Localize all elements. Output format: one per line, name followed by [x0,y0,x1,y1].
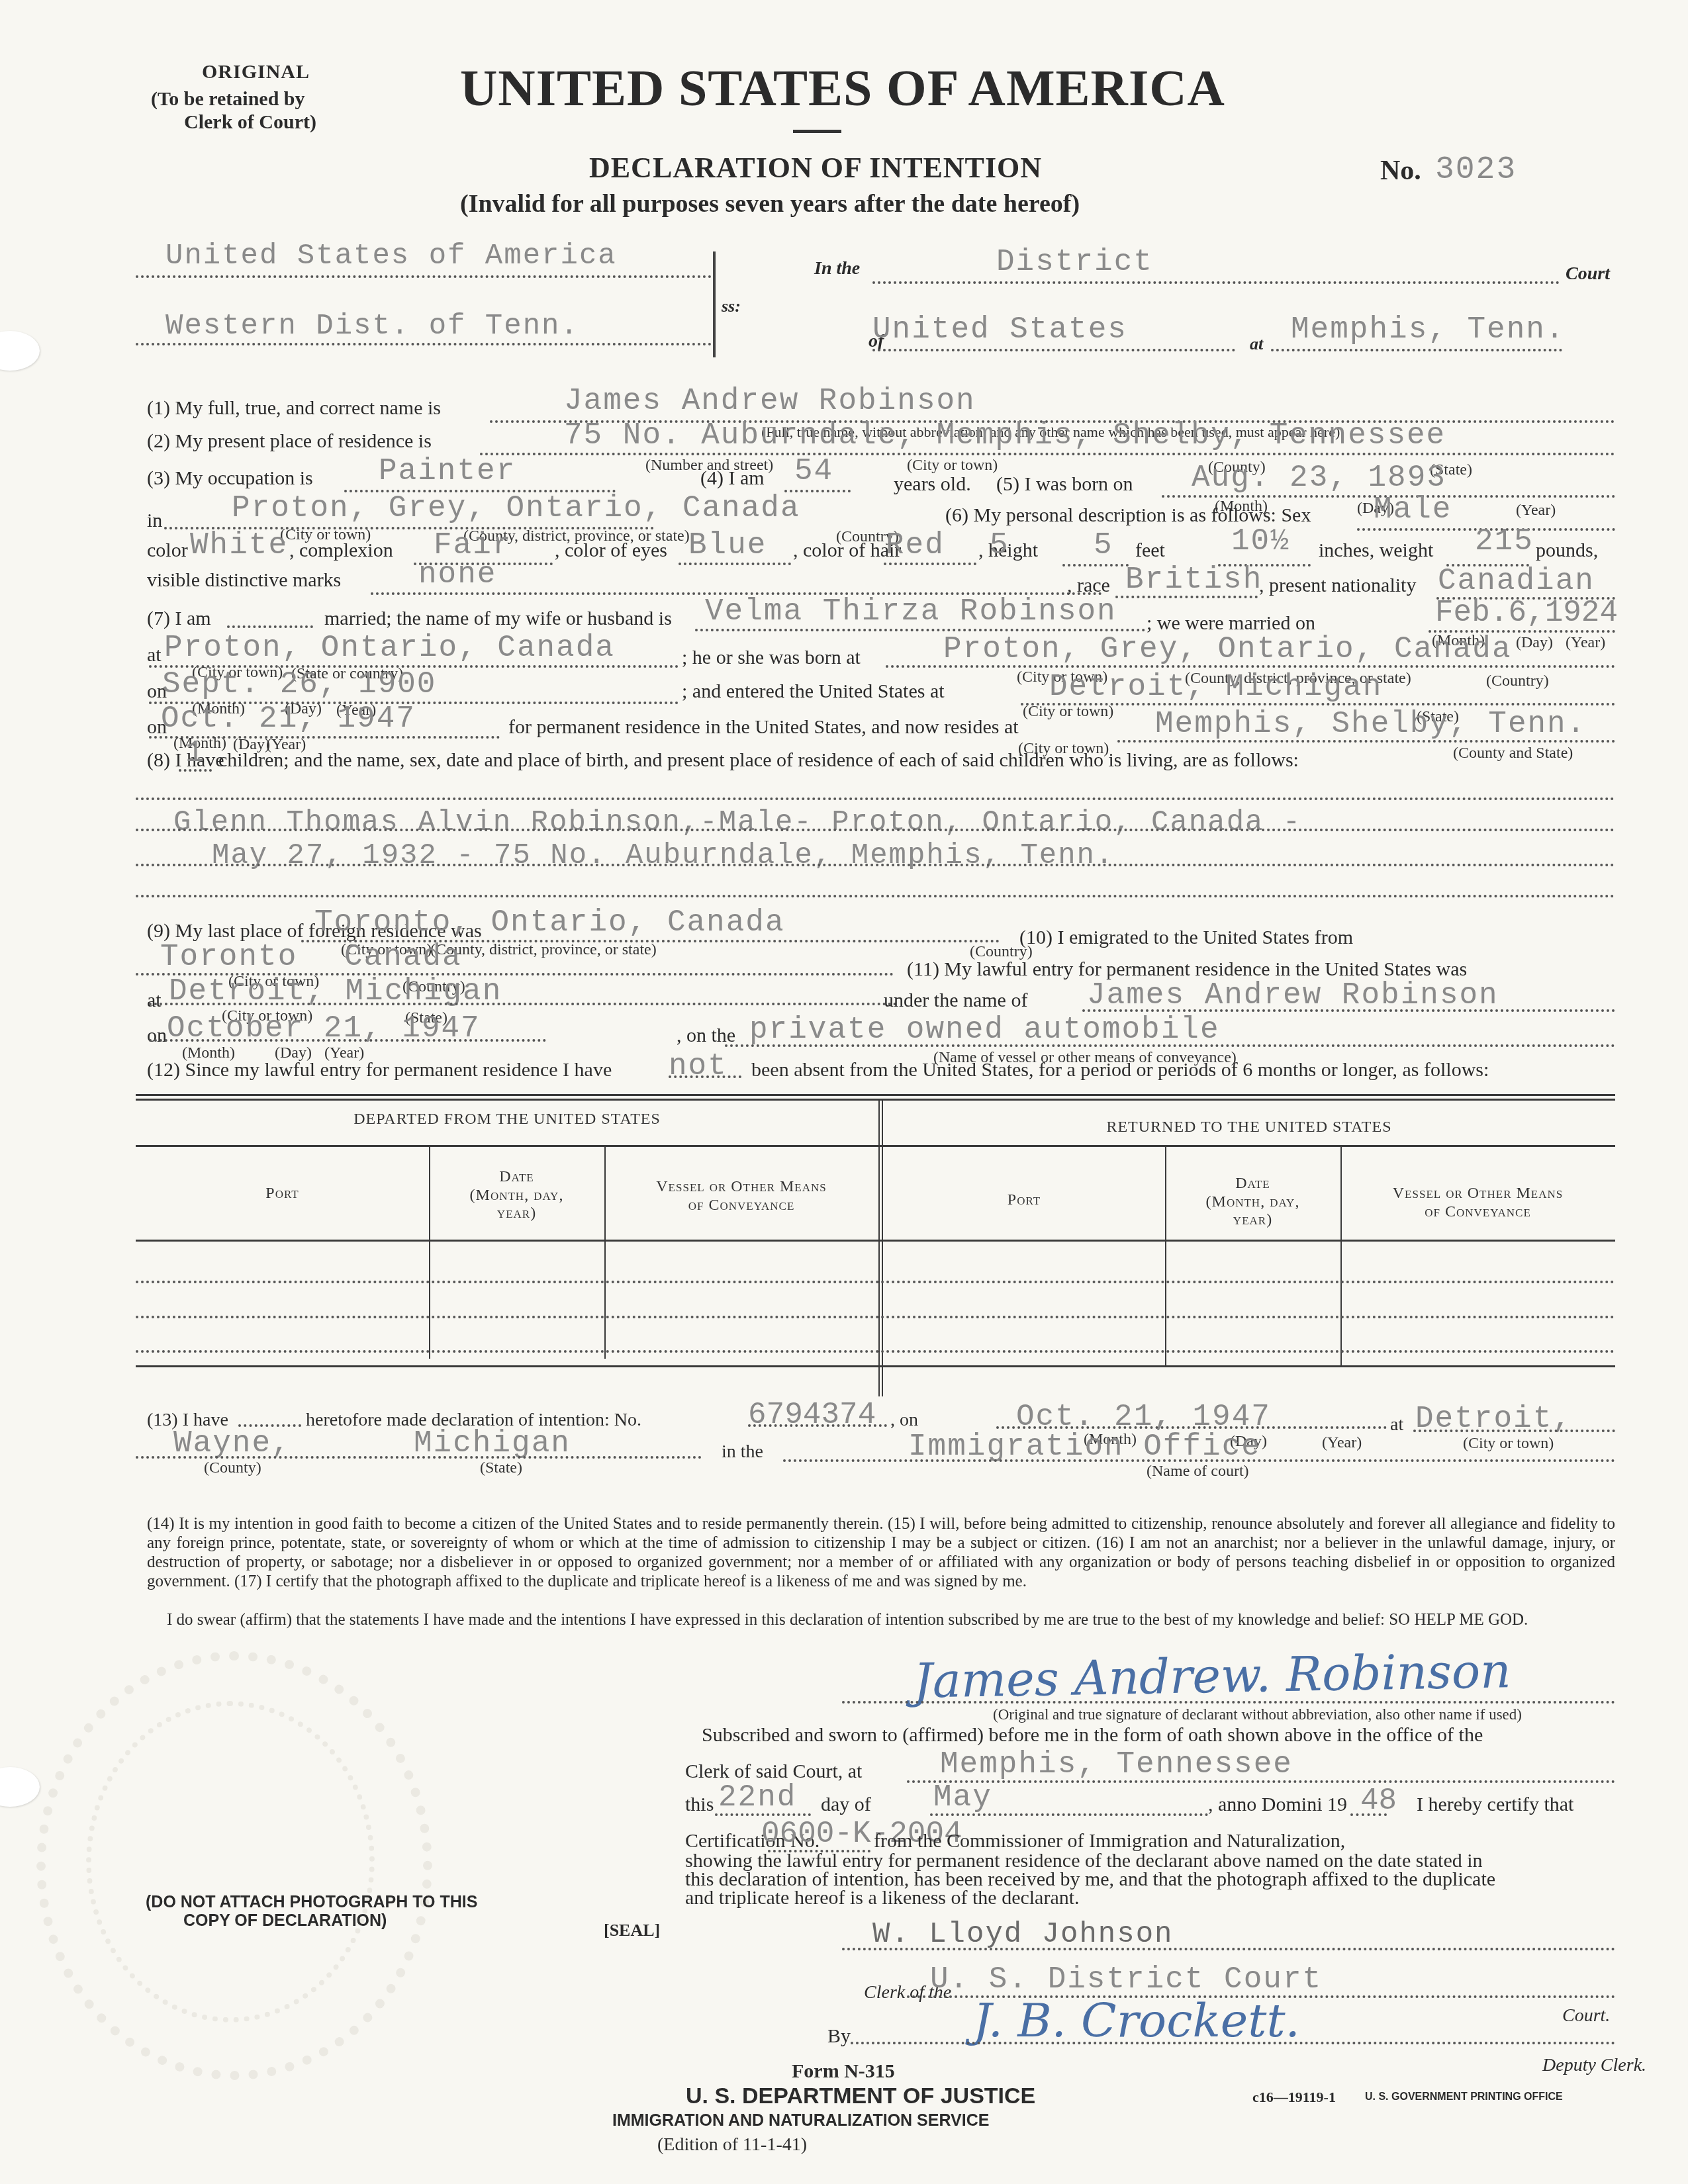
prior-caption-court: (Name of court) [1147,1463,1249,1480]
clerk-name: W. Lloyd Johnson [872,1918,1173,1951]
nationality-label: , present nationality [1259,574,1416,597]
q7-label-a: (7) I am [147,608,211,630]
q9-foreign-residence: Toronto, Ontario, Canada [314,905,785,940]
married-on-label: ; we were married on [1147,612,1315,635]
court-of: United States [872,312,1127,347]
color-label: color [147,539,188,562]
prior-number: 6794374 [748,1398,876,1432]
returned-col-port: Port [883,1191,1165,1210]
oath-swear: I do swear (affirm) that the statements … [147,1610,1615,1629]
jurat-day: 22nd [718,1780,796,1815]
spouse-entry-date: Oct. 21, 1947 [161,702,416,736]
race-label: , race [1067,574,1110,597]
seal-label: [SEAL] [604,1921,660,1940]
court-location: Memphis, Tenn. [1291,312,1565,347]
venue-district: Western Dist. of Tenn. [165,310,579,343]
returned-header: RETURNED TO THE UNITED STATES [883,1118,1615,1137]
validity-note: (Invalid for all purposes seven years af… [460,189,1080,218]
marks: none [418,557,496,592]
deputy-label: Deputy Clerk. [1542,2055,1646,2076]
spouse-resides: Memphis, Shelby, Tenn. [1155,707,1586,741]
married-caption-day: (Day) [1516,634,1553,652]
q5-birth-date: Aug. 23, 1893 [1192,461,1446,495]
departed-col-port: Port [136,1185,429,1203]
photo-note-line2: COPY OF DECLARATION) [183,1911,387,1931]
entry-vessel-label: , on the [677,1024,735,1047]
punch-hole-top [0,331,40,371]
clerk-at: Memphis, Tennessee [940,1747,1293,1782]
q1-full-name: James Andrew Robinson [564,384,976,418]
declarant-signature: James Andrew. Robinson [913,1643,1511,1709]
edition-note: (Edition of 11-1-41) [657,2134,807,2156]
venue-state: United States of America [165,240,617,273]
q2-caption-city: (City or town) [907,457,998,475]
photo-note-line1: (DO NOT ATTACH PHOTOGRAPH TO THIS [146,1893,477,1912]
clerk-court-label: Court. [1562,2005,1610,2026]
q10-country: Canada [344,940,462,974]
q11-label: (11) My lawful entry for permanent resid… [907,958,1467,981]
ss-label: ss: [722,296,741,316]
nationality: Canadian [1438,564,1595,598]
entry-at-label: at [147,989,162,1012]
punch-hole-bottom [0,1767,40,1807]
prior-caption-county: (County) [204,1459,261,1477]
service-name: IMMIGRATION AND NATURALIZATION SERVICE [612,2111,989,2130]
prior-caption-year: (Year) [1322,1434,1362,1452]
declaration-number: 3023 [1435,152,1517,188]
form-title: DECLARATION OF INTENTION [589,151,1042,185]
clerk-at-label: Clerk of said Court, at [685,1760,862,1783]
feet-label: feet [1135,539,1165,562]
q2-label: (2) My present place of residence is [147,430,432,453]
children-count: 1 [185,736,205,770]
departed-col-vessel: Vessel or Other Means of Conveyance [604,1178,878,1214]
venue-bracket [713,251,716,357]
q12-label-b: been absent from the United States, for … [751,1059,1489,1081]
oath-paragraph: (14) It is my intention in good faith to… [147,1514,1615,1591]
declarant-signature-caption: (Original and true signature of declaran… [993,1706,1522,1723]
prior-caption-state: (State) [480,1459,522,1477]
race: British [1125,563,1262,597]
children-line2: May 27, 1932 - 75 No. Auburndale, Memphi… [212,839,1114,872]
q4-label: (4) I am [700,467,765,490]
court-label: Court [1566,263,1610,285]
entry-vessel: private owned automobile [749,1013,1220,1047]
retained-note-line1: (To be retained by [151,88,305,111]
spouse-resides-caption-county: (County and State) [1453,745,1573,762]
clerk-court: U. S. District Court [930,1962,1322,1997]
q2-residence: 75 No. Auburndale, Memphis, Shelby, Tenn… [564,418,1446,453]
q7-label-b: married; the name of my wife or husband … [324,608,672,630]
print-code: c16—19119-1 [1252,2089,1336,2106]
returned-col-date: Date (Month, day, year) [1165,1175,1340,1230]
printer-name: U. S. GOVERNMENT PRINTING OFFICE [1365,2091,1563,2103]
returned-col-vessel: Vessel or Other Means of Conveyance [1340,1185,1615,1221]
spouse-born-caption-country: (Country) [1486,672,1549,690]
married-at: Proton, Ontario, Canada [164,631,615,665]
married-at-label: at [147,644,162,666]
q10-label: (10) I emigrated to the United States fr… [1019,927,1353,949]
complexion-label: , complexion [289,539,393,562]
eyes-label: , color of eyes [555,539,667,562]
spouse-entered-at: Detroit, Michigan [1049,670,1382,704]
court-type: District [996,245,1153,279]
eyes: Blue [688,528,767,563]
q12-absence: not [669,1049,727,1083]
department-name: U. S. DEPARTMENT OF JUSTICE [686,2083,1035,2109]
prior-caption-city: (City or town) [1463,1435,1554,1453]
married-caption-year: (Year) [1566,634,1605,652]
anno-label: , anno Domini 19 [1208,1794,1347,1816]
cert-text-a: from the Commissioner of Immigration and… [874,1830,1345,1852]
spouse-dob: Sept. 26, 1900 [162,667,436,702]
original-label: ORIGINAL [202,61,310,83]
this-label: this [685,1794,714,1816]
marks-label: visible distinctive marks [147,569,341,592]
prior-in-the-label: in the [722,1441,763,1463]
q4-suffix: years old. [894,473,971,496]
entry-on-label: on [147,1024,167,1047]
prior-at-label: at [1390,1414,1403,1435]
q10-city: Toronto [160,940,297,974]
by-label: By [827,2025,851,2048]
height-feet: 5 [990,528,1009,563]
children-line1: Glenn Thomas Alvin Robinson,-Male- Proto… [173,806,1301,839]
height-feet-value: 5 [1094,528,1113,563]
q8-label-b: children; and the name, sex, date and pl… [218,749,1299,772]
day-of-label: day of [821,1794,871,1816]
deputy-signature: J. B. Crockett. [973,1993,1300,2048]
q5-caption-year: (Year) [1516,502,1556,520]
q4-age: 54 [794,454,833,488]
hair-label: , color of hair [793,539,901,562]
spouse-born-at: Proton, Grey, Ontario, Canada [943,632,1512,666]
q12-label-a: (12) Since my lawful entry for permanent… [147,1059,612,1081]
color: White [190,528,288,563]
certify-label: I hereby certify that [1417,1794,1573,1816]
embossed-seal-inner [86,1701,375,2023]
departed-col-date: Date (Month, day, year) [429,1168,604,1223]
entry-name-label: under the name of [884,989,1027,1012]
retained-note-line2: Clerk of Court) [184,111,316,134]
cert-text-d: and triplicate hereof is a likeness of t… [685,1887,1080,1909]
jurat-line1: Subscribed and sworn to (affirmed) befor… [702,1724,1483,1747]
at-label: at [1250,334,1263,354]
title-rule [793,130,841,133]
spouse-entered-label: ; and entered the United States at [682,680,945,703]
birthplace: Proton, Grey, Ontario, Canada [232,491,800,525]
q1-label: (1) My full, true, and correct name is [147,397,441,420]
spouse-resides-label: for permanent residence in the United St… [508,716,1019,739]
q3-label: (3) My occupation is [147,467,313,490]
married-on: Feb.6,1924 [1435,596,1618,630]
q5-label: (5) I was born on [996,473,1133,496]
country-title: UNITED STATES OF AMERICA [460,58,1225,118]
weight: 215 [1475,524,1534,559]
number-label: No. [1380,155,1421,187]
form-number: Form N-315 [792,2060,895,2083]
pounds-label: pounds, [1536,539,1598,562]
entry-name: James Andrew Robinson [1087,978,1499,1013]
q9-caption-county: (County, district, province, or state) [430,941,657,959]
height-inches: 10½ [1231,524,1290,559]
jurat-month: May [933,1780,992,1815]
q3-occupation: Painter [379,454,516,488]
spouse-entered-caption-city: (City or town) [1023,703,1113,721]
birthplace-label: in [147,510,162,532]
in-the-label: In the [814,258,860,279]
sex: Male [1374,492,1452,527]
spouse-name: Velma Thirza Robinson [705,594,1117,629]
departed-header: DEPARTED FROM THE UNITED STATES [136,1111,878,1129]
spouse-born-label: ; he or she was born at [682,647,861,669]
hair: Red [886,528,945,563]
inches-label: inches, weight [1319,539,1433,562]
prior-on-label: , on [890,1410,918,1431]
q6-label: (6) My personal description is as follow… [945,504,1311,527]
